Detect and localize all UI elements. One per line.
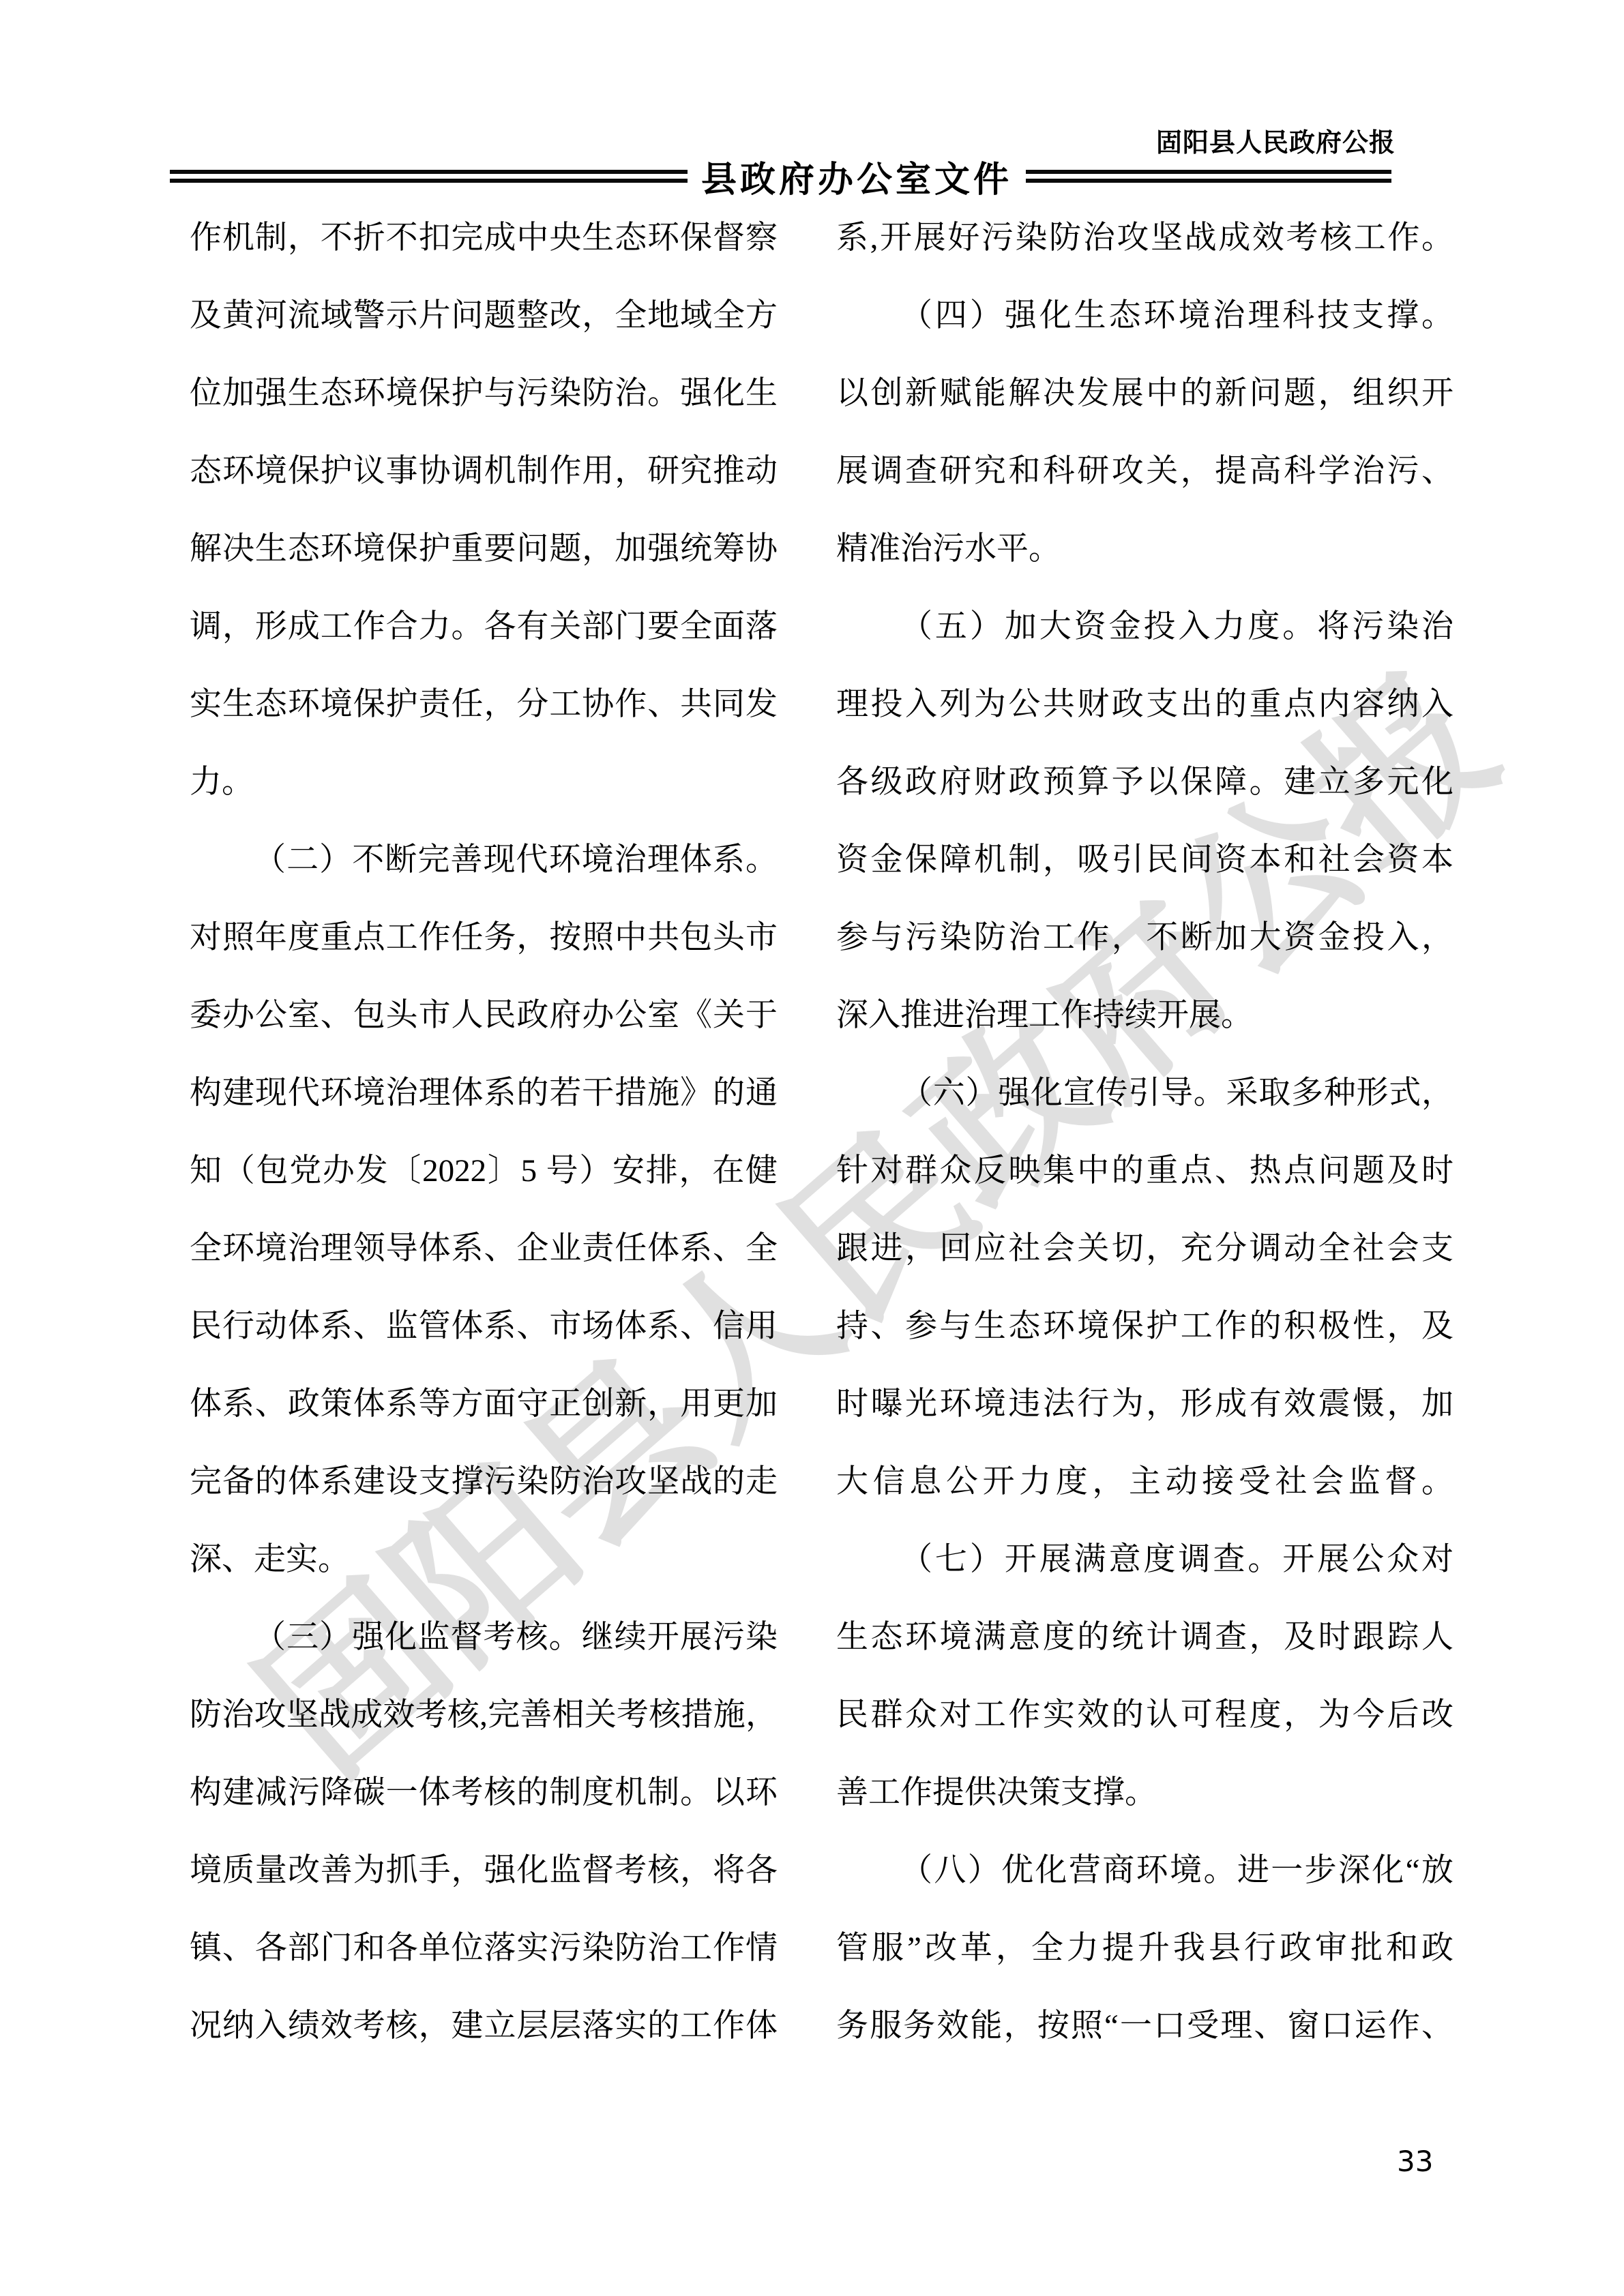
text-line: （五）加大资金投入力度。将污染治 bbox=[836, 588, 1453, 666]
text-line: 委办公室、包头市人民政府办公室《关于 bbox=[190, 976, 778, 1054]
section-header: 县政府办公室文件 bbox=[170, 155, 1391, 196]
text-line: （八）优化营商环境。进一步深化“放 bbox=[836, 1832, 1453, 1909]
text-line: 善工作提供决策支撑。 bbox=[836, 1754, 1453, 1832]
text-line: 深、走实。 bbox=[190, 1521, 778, 1598]
text-line: 系,开展好污染防治攻坚战成效考核工作。 bbox=[836, 199, 1453, 277]
text-line: 深入推进治理工作持续开展。 bbox=[836, 976, 1453, 1054]
text-line: （七）开展满意度调查。开展公众对 bbox=[836, 1521, 1453, 1598]
text-line: 知（包党办发〔2022〕5 号）安排，在健 bbox=[190, 1132, 778, 1210]
text-line: 资金保障机制，吸引民间资本和社会资本 bbox=[836, 821, 1453, 899]
text-line: 及黄河流域警示片问题整改，全地域全方 bbox=[190, 277, 778, 355]
text-line: 构建现代环境治理体系的若干措施》的通 bbox=[190, 1054, 778, 1132]
masthead-title: 固阳县人民政府公报 bbox=[1156, 121, 1396, 159]
text-line: 境质量改善为抓手，强化监督考核，将各 bbox=[190, 1832, 778, 1909]
text-line: 各级政府财政预算予以保障。建立多元化 bbox=[836, 743, 1453, 821]
text-line: 解决生态环境保护重要问题，加强统筹协 bbox=[190, 510, 778, 588]
text-line: 调，形成工作合力。各有关部门要全面落 bbox=[190, 588, 778, 666]
text-line: 大信息公开力度，主动接受社会监督。 bbox=[836, 1443, 1453, 1521]
text-line: （四）强化生态环境治理科技支撑。 bbox=[836, 277, 1453, 355]
text-line: 作机制，不折不扣完成中央生态环保督察 bbox=[190, 199, 778, 277]
text-line: 实生态环境保护责任，分工协作、共同发 bbox=[190, 666, 778, 743]
text-line: 生态环境满意度的统计调查，及时跟踪人 bbox=[836, 1598, 1453, 1676]
page-number: 33 bbox=[1397, 2145, 1433, 2178]
text-line: （三）强化监督考核。继续开展污染 bbox=[190, 1598, 778, 1676]
header-rule-left bbox=[170, 170, 688, 183]
text-line: 理投入列为公共财政支出的重点内容纳入 bbox=[836, 666, 1453, 743]
text-line: 精准治污水平。 bbox=[836, 510, 1453, 588]
text-line: 以创新赋能解决发展中的新问题，组织开 bbox=[836, 355, 1453, 432]
text-line: 跟进，回应社会关切，充分调动全社会支 bbox=[836, 1210, 1453, 1287]
text-line: 镇、各部门和各单位落实污染防治工作情 bbox=[190, 1909, 778, 1987]
text-line: 管服”改革，全力提升我县行政审批和政 bbox=[836, 1909, 1453, 1987]
text-line: 况纳入绩效考核，建立层层落实的工作体 bbox=[190, 1987, 778, 2065]
text-line: 位加强生态环境保护与污染防治。强化生 bbox=[190, 355, 778, 432]
text-line: 展调查研究和科研攻关，提高科学治污、 bbox=[836, 432, 1453, 510]
text-line: 参与污染防治工作，不断加大资金投入， bbox=[836, 899, 1453, 976]
gazette-page: 固阳县人民政府公报 固阳县人民政府公报 县政府办公室文件 作机制，不折不扣完成中… bbox=[0, 0, 1624, 2296]
text-line: 持、参与生态环境保护工作的积极性，及 bbox=[836, 1287, 1453, 1365]
text-line: 态环境保护议事协调机制作用，研究推动 bbox=[190, 432, 778, 510]
text-line: 构建减污降碳一体考核的制度机制。以环 bbox=[190, 1754, 778, 1832]
text-line: 完备的体系建设支撑污染防治攻坚战的走 bbox=[190, 1443, 778, 1521]
text-column-right: 系,开展好污染防治攻坚战成效考核工作。 （四）强化生态环境治理科技支撑。 以创新… bbox=[836, 199, 1453, 2065]
header-rule-right bbox=[1026, 170, 1391, 183]
text-line: 全环境治理领导体系、企业责任体系、全 bbox=[190, 1210, 778, 1287]
text-column-left: 作机制，不折不扣完成中央生态环保督察 及黄河流域警示片问题整改，全地域全方 位加… bbox=[190, 199, 778, 2065]
text-line: 体系、政策体系等方面守正创新，用更加 bbox=[190, 1365, 778, 1443]
text-line: （二）不断完善现代环境治理体系。 bbox=[190, 821, 778, 899]
text-line: 防治攻坚战成效考核,完善相关考核措施， bbox=[190, 1676, 778, 1754]
text-line: 对照年度重点工作任务，按照中共包头市 bbox=[190, 899, 778, 976]
section-banner-title: 县政府办公室文件 bbox=[701, 151, 1012, 202]
text-line: 务服务效能，按照“一口受理、窗口运作、 bbox=[836, 1987, 1453, 2065]
text-line: 民群众对工作实效的认可程度，为今后改 bbox=[836, 1676, 1453, 1754]
text-line: （六）强化宣传引导。采取多种形式， bbox=[836, 1054, 1453, 1132]
text-line: 力。 bbox=[190, 743, 778, 821]
text-line: 民行动体系、监管体系、市场体系、信用 bbox=[190, 1287, 778, 1365]
text-line: 时曝光环境违法行为，形成有效震慑，加 bbox=[836, 1365, 1453, 1443]
text-line: 针对群众反映集中的重点、热点问题及时 bbox=[836, 1132, 1453, 1210]
